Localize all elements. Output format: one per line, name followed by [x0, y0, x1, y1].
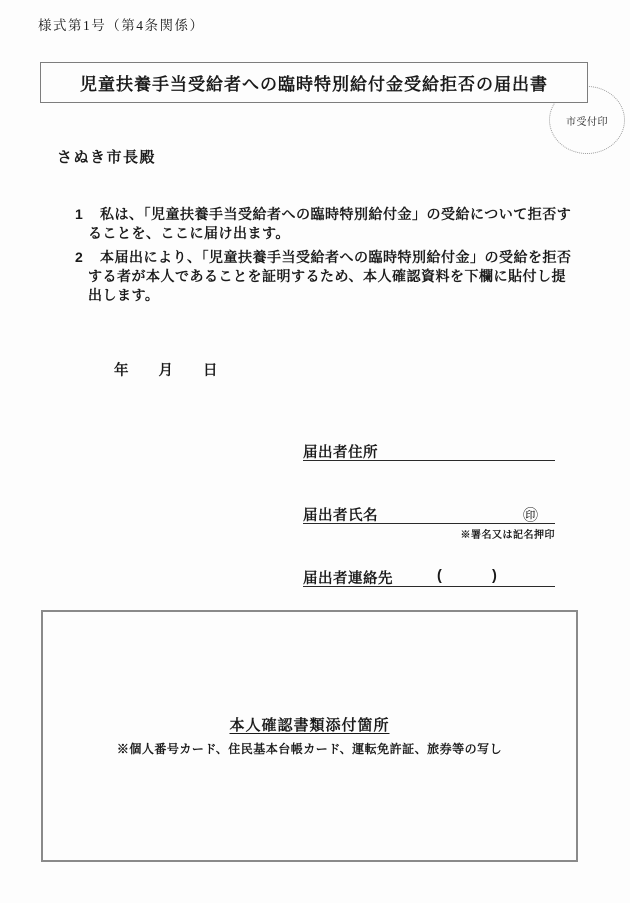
name-field-line: 届出者氏名 ㊞	[303, 504, 555, 524]
attachment-heading: 本人確認書類添付箇所	[43, 714, 576, 735]
address-field-line: 届出者住所	[303, 441, 555, 461]
name-label: 届出者氏名	[303, 508, 378, 524]
form-page: 様式第1号（第4条関係） 児童扶養手当受給者への臨時特別給付金受給拒否の届出書 …	[0, 0, 630, 903]
form-title: 児童扶養手当受給者への臨時特別給付金受給拒否の届出書	[80, 70, 548, 95]
addressee-mayor: さぬき市長殿	[57, 146, 156, 167]
paren-close: )	[492, 568, 497, 584]
paragraph-1-text: 私は、「児童扶養手当受給者への臨時特別給付金」の受給について拒否す	[100, 206, 571, 222]
day-label: 日	[203, 359, 218, 380]
paren-open: (	[437, 568, 442, 584]
city-receipt-stamp-label: 市受付印	[566, 113, 608, 128]
paragraph-1-line-2: ることを、ここに届け出ます。	[88, 224, 571, 243]
month-label: 月	[159, 359, 174, 380]
contact-label: 届出者連絡先	[303, 571, 393, 587]
contact-field-line: 届出者連絡先 ( )	[303, 567, 555, 587]
seal-note: ※署名又は記名押印	[303, 526, 555, 541]
seal-place-icon: ㊞	[523, 504, 539, 525]
title-box: 児童扶養手当受給者への臨時特別給付金受給拒否の届出書	[40, 62, 588, 103]
paragraph-2-text: 本届出により、「児童扶養手当受給者への臨時特別給付金」の受給を拒否	[100, 249, 572, 265]
paragraph-1: 1私は、「児童扶養手当受給者への臨時特別給付金」の受給について拒否す ることを、…	[88, 205, 571, 243]
paragraph-2-number: 2	[75, 248, 100, 267]
year-label: 年	[114, 359, 129, 380]
paragraph-2-line-3: 出します。	[88, 286, 572, 305]
paragraph-2-line-2: する者が本人であることを証明するため、本人確認資料を下欄に貼付し提	[88, 267, 572, 286]
paragraph-2-line-1: 2本届出により、「児童扶養手当受給者への臨時特別給付金」の受給を拒否	[75, 248, 572, 267]
attachment-note: ※個人番号カード、住民基本台帳カード、運転免許証、旅券等の写し	[43, 740, 576, 757]
date-line: 年 月 日	[114, 359, 218, 380]
paragraph-1-number: 1	[75, 205, 100, 224]
paragraph-2: 2本届出により、「児童扶養手当受給者への臨時特別給付金」の受給を拒否 する者が本…	[88, 248, 572, 305]
attachment-box: 本人確認書類添付箇所 ※個人番号カード、住民基本台帳カード、運転免許証、旅券等の…	[41, 610, 578, 862]
form-number: 様式第1号（第4条関係）	[38, 14, 205, 34]
paragraph-1-line-1: 1私は、「児童扶養手当受給者への臨時特別給付金」の受給について拒否す	[75, 205, 571, 224]
address-label: 届出者住所	[303, 445, 378, 461]
